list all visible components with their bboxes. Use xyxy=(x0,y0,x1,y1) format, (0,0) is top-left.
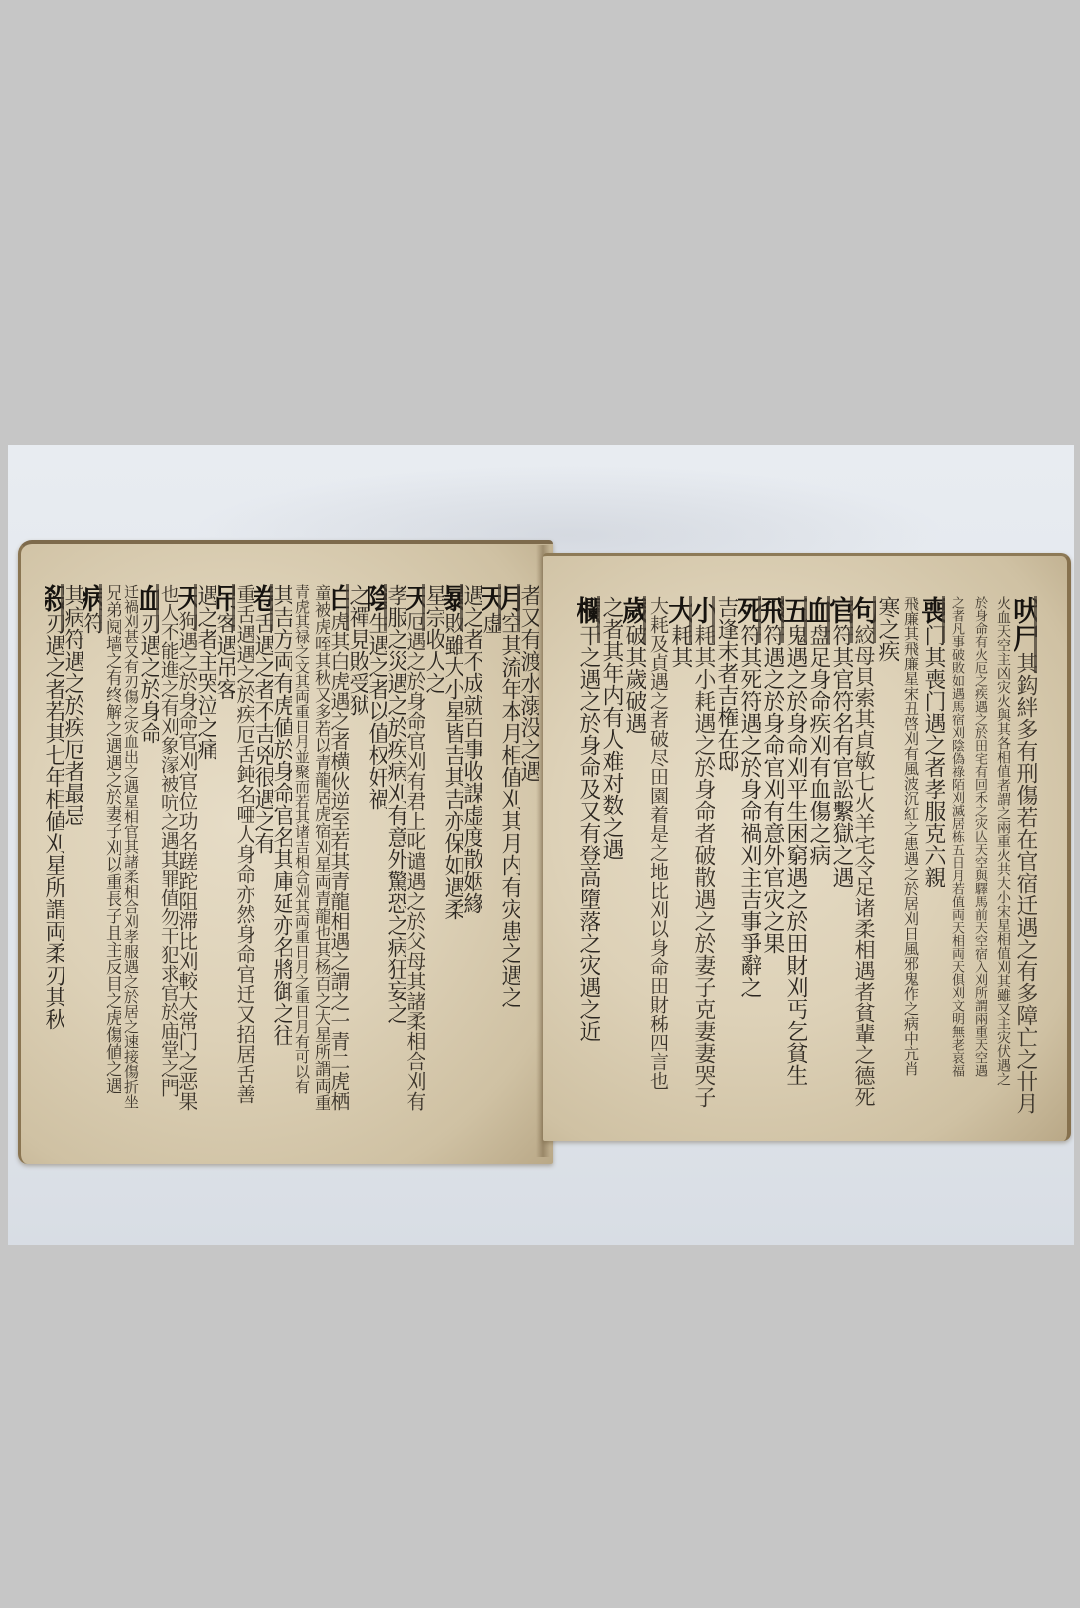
manuscript-column: 句絞母貝索其貞敏七火羊宅令足诸柔相遇者貧輩之德死 xyxy=(853,596,876,1114)
manuscript-column: 遇之者主哭泣之痛 xyxy=(197,584,216,1111)
manuscript-column: 歲破其歲破遇 xyxy=(623,596,646,1114)
manuscript-column: 之者凡事破敗如遇馬宿刈陰偽祿陌刈滅居栋五日月若值両天相両天俱刈文明無老哀福 xyxy=(945,596,968,1114)
manuscript-column: 大耗及貞遇之者破尽田園着是之地比刈以身命田財秭四言也 xyxy=(646,596,669,1114)
column-text: 遇之者主哭泣之痛 xyxy=(197,584,216,760)
column-text: 敗雖大小星皆吉其吉亦保如遇柔 xyxy=(444,612,463,920)
manuscript-column: 喪门其喪门遇之者孝服克六親 xyxy=(922,596,945,1114)
manuscript-column: 欄干之遇之於身命及又有登高墮落之灾遇之近 xyxy=(577,596,600,1114)
manuscript-column: 吉逢末者吉権在邸 xyxy=(715,596,738,1114)
column-text: 迁禍刈甚又有刃傷之灾血出之遇星相官其諸柔相合刈孝服遇之於居之速接傷折坐 xyxy=(122,584,140,1109)
manuscript-column: 吊客遇吊客 xyxy=(216,584,235,1111)
column-text: 兄弟阋墙之有终解之遇遇之於妻子刈以重長子且主反目之虎傷値之遇 xyxy=(102,584,121,1094)
manuscript-column: 之者其年内有人难对数之遇 xyxy=(600,596,623,1114)
column-text: 符其死符遇之於身命禍刈主吉事爭辭之 xyxy=(738,624,761,998)
manuscript-column: 也人不能進之有刈象溕被吭之遇其罪值勿干犯求官於庙堂之門 xyxy=(159,584,178,1111)
column-text: 狗遇之於身命官刈官位功名蹉跎阻滞比刈較大常门之恶果 xyxy=(178,611,197,1111)
manuscript-column: 病符 xyxy=(83,584,102,1111)
manuscript-column: 吠尸其鈎絆多有刑傷若在官宿迁遇之有多障亡之卄月 xyxy=(1014,596,1037,1114)
column-text: 刃遇之於身命 xyxy=(140,612,159,744)
column-text: 符其官符名有官訟繫獄之遇 xyxy=(830,624,853,888)
column-text: 生遇之者以值权奸禍 xyxy=(368,612,387,810)
heading-bracket-mark xyxy=(232,584,235,631)
column-text: 飛廉其飛廉星宋丑啓刈有風波沉紅之患遇之於居刈日風邪鬼作之病中亢肖 xyxy=(902,596,920,1076)
heading-bracket-mark xyxy=(517,584,520,631)
heading-bracket-mark xyxy=(873,596,876,643)
heading-bracket-mark xyxy=(712,596,715,643)
manuscript-column: 遇之者不成就百事收謀虚度散姻緣 xyxy=(463,584,482,1111)
manuscript-column: 月空其流年本月相值刈其月内有灾患之遇之 xyxy=(501,584,520,1111)
column-text: 符遇之於身命官刈有意外官灾之果 xyxy=(761,624,784,954)
column-text: 童被虎咥其秋又多若以青龍居虎宿刈星両青龍也其杨百之大星所謂両重 xyxy=(311,584,330,1111)
manuscript-column: 於身命有火厄之疾遇之於田宅有回禾之灾亾天空與驛馬前天空宿入刈所謂兩重天空遇 xyxy=(968,596,991,1114)
heading-bracket-mark xyxy=(804,596,807,643)
manuscript-column: 死符其死符遇之於身命禍刈主吉事爭辭之 xyxy=(738,596,761,1114)
heading-bracket-mark xyxy=(156,584,159,631)
manuscript-column: 孝服之災遇之於疾病刈有意外驚恐之病狂妄之 xyxy=(387,584,406,1111)
manuscript-column: 寒之疾 xyxy=(876,596,899,1114)
column-text: 门其喪门遇之者孝服克六親 xyxy=(922,624,945,888)
right-page-columns: 吠尸其鈎絆多有刑傷若在官宿迁遇之有多障亡之卄月火血天空主凶灾火與其各相值者謂之兩… xyxy=(563,596,1037,1114)
manuscript-column: 小耗其小耗遇之於身命者破散遇之於妻子克妻妻哭子 xyxy=(692,596,715,1114)
manuscript-column: 白虎其白虎遇之者横伙逆至若其青龍相遇之謂之一青二虎栖 xyxy=(330,584,349,1111)
column-text: 其吉方両有虎値於身命官名其庫延亦名將御之往 xyxy=(273,584,292,1046)
image-canvas: 者又有渡水溺没之遇月空其流年本月相值刈其月内有灾患之遇之天虚遇之者不成就百事收謀… xyxy=(0,0,1080,1608)
column-text: 星宗收人之 xyxy=(425,584,444,694)
column-text: 寒之疾 xyxy=(876,596,899,662)
column-text: 大耗及貞遇之者破尽田園着是之地比刈以身命田財秭四言也 xyxy=(647,596,669,1090)
column-text: 重舌遇遇之於疾厄舌鈍名唖人身命亦然身命官迁又招居舌善 xyxy=(235,584,254,1104)
column-text: 遇之者不成就百事收謀虚度散姻緣 xyxy=(463,584,482,914)
column-text: 厄遇之於身命官刈有君上叱谴遇之於父母其諸柔相合刈有 xyxy=(406,611,425,1111)
manuscript-column: 火血天空主凶灾火與其各相值者謂之兩重火共大小宋星相值刈其雖又主灾伏遇之 xyxy=(991,596,1014,1114)
manuscript-column: 其吉方両有虎値於身命官名其庫延亦名將御之往 xyxy=(273,584,292,1111)
manuscript-column: 天虚 xyxy=(482,584,501,1111)
manuscript-column: 五鬼遇之於身命刈平生困窮遇之於田財刈丐乞貧生 xyxy=(784,596,807,1114)
column-text: 盘足身命疾刈有血傷之病 xyxy=(807,624,830,866)
manuscript-column: 天厄遇之於身命官刈有君上叱谴遇之於父母其諸柔相合刈有 xyxy=(406,584,425,1111)
heading-bracket-mark xyxy=(1034,596,1037,673)
manuscript-column: 童被虎咥其秋又多若以青龍居虎宿刈星両青龍也其杨百之大星所謂両重 xyxy=(311,584,330,1111)
heading-bracket-mark xyxy=(61,584,64,631)
left-page-columns: 者又有渡水溺没之遇月空其流年本月相值刈其月内有灾患之遇之天虚遇之者不成就百事收謀… xyxy=(35,584,539,1111)
column-text: 其鈎絆多有刑傷若在官宿迁遇之有多障亡之卄月 xyxy=(1014,652,1037,1114)
manuscript-column: 迁禍刈甚又有刃傷之灾血出之遇星相官其諸柔相合刈孝服遇之於居之速接傷折坐 xyxy=(121,584,140,1111)
column-text: 青虎其禄之文其両重日月並聚而若其诸吉相合刈其両重日月之重日月有可以有 xyxy=(293,584,311,1094)
manuscript-column: 卷舌遇之者不吉兇很遇之有 xyxy=(254,584,273,1111)
heading-bracket-mark xyxy=(194,584,197,631)
heading-bracket-mark xyxy=(498,584,501,631)
heading-bracket-mark xyxy=(422,584,425,631)
heading-bracket-mark xyxy=(99,584,102,631)
column-text: 干之遇之於身命及又有登高墮落之灾遇之近 xyxy=(577,624,600,1042)
manuscript-column: 飛廉其飛廉星宋丑啓刈有風波沉紅之患遇之於居刈日風邪鬼作之病中亢肖 xyxy=(899,596,922,1114)
manuscript-column: 官符其官符名有官訟繫獄之遇 xyxy=(830,596,853,1114)
column-text: 於身命有火厄之疾遇之於田宅有回禾之灾亾天空與驛馬前天空宿入刈所謂兩重天空遇 xyxy=(972,596,987,1077)
column-text: 其病符遇之於疾厄者最忌 xyxy=(64,584,83,826)
column-text: 之者其年内有人难对数之遇 xyxy=(600,596,623,860)
heading-bracket-mark xyxy=(643,596,646,643)
column-text: 之者凡事破敗如遇馬宿刈陰偽祿陌刈滅居栋五日月若值両天相両天俱刈文明無老哀福 xyxy=(949,596,964,1077)
manuscript-column: 殺刃遇之者若其七年相値刈星所謂両柔刃其秋 xyxy=(45,584,64,1111)
manuscript-column: 重舌遇遇之於疾厄舌鈍名唖人身命亦然身命官迁又招居舌善 xyxy=(235,584,254,1111)
column-text: 火血天空主凶灾火與其各相值者謂之兩重火共大小宋星相值刈其雖又主灾伏遇之 xyxy=(995,596,1011,1086)
column-text: 也人不能進之有刈象溕被吭之遇其罪值勿干犯求官於庙堂之門 xyxy=(159,584,178,1097)
manuscript-column: 其病符遇之於疾厄者最忌 xyxy=(64,584,83,1111)
manuscript-column: 青虎其禄之文其両重日月並聚而若其诸吉相合刈其両重日月之重日月有可以有 xyxy=(292,584,311,1111)
column-text: 絞母貝索其貞敏七火羊宅令足诸柔相遇者貧輩之德死 xyxy=(853,624,876,1107)
column-text: 鬼遇之於身命刈平生困窮遇之於田財刈丐乞貧生 xyxy=(784,624,807,1086)
manuscript-column: 飛符遇之於身命官刈有意外官灾之果 xyxy=(761,596,784,1114)
heading-bracket-mark xyxy=(758,596,761,643)
column-text: 耗其小耗遇之於身命者破散遇之於妻子克妻妻哭子 xyxy=(692,624,715,1108)
manuscript-column: 大耗其 xyxy=(669,596,692,1114)
right-page: 吠尸其鈎絆多有刑傷若在官宿迁遇之有多障亡之卄月火血天空主凶灾火與其各相值者謂之兩… xyxy=(543,553,1071,1141)
column-text: 舌遇之者不吉兇很遇之有 xyxy=(254,612,273,854)
heading-bracket-mark xyxy=(827,596,830,643)
heading-bracket-mark xyxy=(384,584,387,631)
column-text: 之禪見敗受狱 xyxy=(349,584,368,716)
column-text: 空其流年本月相值刈其月内有灾患之遇之 xyxy=(501,612,520,1008)
heading-bracket-mark xyxy=(346,584,349,631)
heading-bracket-mark xyxy=(781,596,784,643)
manuscript-column: 之禪見敗受狱 xyxy=(349,584,368,1111)
manuscript-column: 兄弟阋墙之有终解之遇遇之於妻子刈以重長子且主反目之虎傷値之遇 xyxy=(102,584,121,1111)
manuscript-column: 天狗遇之於身命官刈官位功名蹉跎阻滞比刈較大常门之恶果 xyxy=(178,584,197,1111)
manuscript-column: 星宗收人之 xyxy=(425,584,444,1111)
manuscript-photo: 者又有渡水溺没之遇月空其流年本月相值刈其月内有灾患之遇之天虚遇之者不成就百事收謀… xyxy=(8,445,1074,1245)
heading-bracket-mark xyxy=(850,596,853,643)
heading-bracket-mark xyxy=(597,596,600,643)
manuscript-column: 血刃遇之於身命 xyxy=(140,584,159,1111)
heading-bracket-mark xyxy=(270,584,273,631)
column-text: 虎其白虎遇之者横伙逆至若其青龍相遇之謂之一青二虎栖 xyxy=(330,611,349,1111)
manuscript-column: 暴敗雖大小星皆吉其吉亦保如遇柔 xyxy=(444,584,463,1111)
heading-bracket-mark xyxy=(460,584,463,631)
heading-bracket-mark xyxy=(942,596,945,643)
column-text: 吉逢末者吉権在邸 xyxy=(715,596,738,772)
column-text: 刃遇之者若其七年相値刈星所謂両柔刃其秋 xyxy=(45,612,64,1030)
manuscript-column: 陰生遇之者以值权奸禍 xyxy=(368,584,387,1111)
manuscript-column: 血盘足身命疾刈有血傷之病 xyxy=(807,596,830,1114)
column-text: 孝服之災遇之於疾病刈有意外驚恐之病狂妄之 xyxy=(387,584,406,1024)
heading-bracket-mark xyxy=(689,596,692,643)
left-page: 者又有渡水溺没之遇月空其流年本月相值刈其月内有灾患之遇之天虚遇之者不成就百事收謀… xyxy=(18,540,553,1164)
